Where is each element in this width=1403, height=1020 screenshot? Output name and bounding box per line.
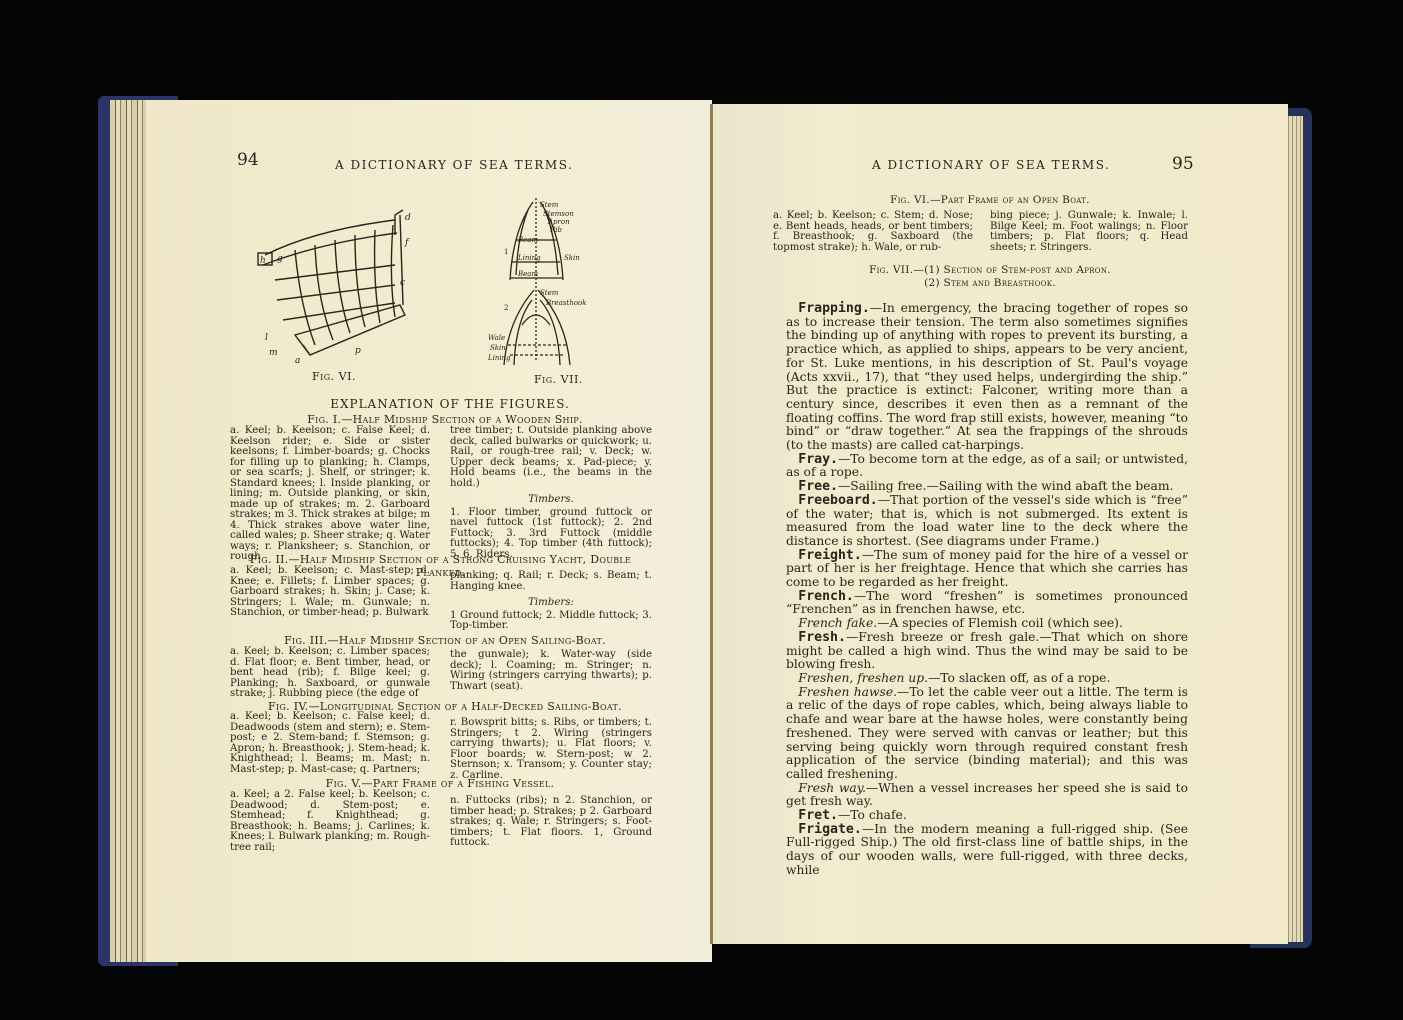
fig-vi-right-col2: bing piece; j. Gunwale; k. Inwale; l. Bi… [990,211,1188,253]
entry-frapping: Frapping.—In emergency, the bracing toge… [786,302,1188,453]
definition: —Sailing free.—Sailing with the wind aba… [838,479,1173,493]
entry-freeboard: Freeboard.—That portion of the vessel's … [786,494,1188,549]
svg-text:f: f [404,238,410,248]
fig-vi-ship-frame-drawing: hgdfclmap [255,205,415,365]
entry-french-fake: French fake.—A species of Flemish coil (… [786,617,1188,631]
svg-text:l: l [265,333,268,343]
definition: —To let the cable veer out a little. The… [786,685,1188,781]
fig-ii-timbers-title: Timbers: [450,598,652,609]
definition: —To become torn at the edge, as of a sai… [786,452,1188,480]
dictionary-entries: Frapping.—In emergency, the bracing toge… [786,302,1188,878]
svg-text:Stem: Stem [540,201,559,209]
svg-text:d: d [405,213,411,223]
fig-iii-col2: the gunwale); k. Water-way (side deck); … [450,650,652,692]
fig-ii-timbers: 1 Ground futtock; 2. Middle futtock; 3. … [450,611,652,632]
svg-text:Beam: Beam [517,270,538,278]
fig-v-col1: a. Keel; a 2. False keel; b. Keelson; c.… [230,790,430,853]
svg-text:Stemson: Stemson [543,210,574,218]
definition: —A species of Flemish coil (which see). [877,616,1123,630]
svg-text:Lining: Lining [517,254,541,262]
page-number-left: 94 [237,150,259,170]
fig-ii-col1: a. Keel; b. Keelson; c. Mast-step; d. Kn… [230,566,430,619]
svg-text:p: p [355,346,361,356]
fig-i-timbers-title: Timbers. [450,495,652,506]
entry-fresh-way: Fresh way.—When a vessel increases her s… [786,782,1188,809]
subentry-headword: Fresh way. [798,781,866,795]
svg-text:m: m [269,348,278,358]
entry-fray: Fray.—To become torn at the edge, as of … [786,453,1188,480]
svg-text:Rib: Rib [549,226,563,234]
fig-vi-right-col1: a. Keel; b. Keelson; c. Stem; d. Nose; e… [773,211,973,253]
fig-i-col1: a. Keel; b. Keelson; c. False Keel; d. K… [230,426,430,563]
fig-iii-col1: a. Keel; b. Keelson; c. Limber spaces; d… [230,647,430,700]
entry-free: Free.—Sailing free.—Sailing with the win… [786,480,1188,494]
svg-text:Wale: Wale [488,334,505,342]
entry-freight: Freight.—The sum of money paid for the h… [786,549,1188,590]
fig-ii-col2: planking; q. Rail; r. Deck; s. Beam; t. … [450,571,652,632]
fig-iv-col2: r. Bowsprit bitts; s. Ribs, or timbers; … [450,718,652,781]
fig-vii-caption: Fig. VII. [534,373,583,386]
running-head-left: A DICTIONARY OF SEA TERMS. [335,158,573,172]
svg-text:Apron: Apron [547,218,570,226]
svg-text:Stem: Stem [540,289,559,297]
definition: —To slacken off, as of a rope. [928,671,1110,685]
entry-freshen: Freshen, freshen up.—To slacken off, as … [786,672,1188,686]
svg-text:g: g [277,254,283,264]
fig-vii-right-title-2: (2) Stem and Breasthook. [790,277,1190,289]
fig-i-col2: tree timber; t. Outside planking above d… [450,426,652,560]
svg-text:Skin: Skin [490,344,506,352]
subentry-headword: French fake. [798,616,877,630]
svg-text:a: a [295,356,300,365]
svg-text:Lining: Lining [488,354,511,362]
fig-v-col2: n. Futtocks (ribs); n 2. Stanchion, or t… [450,796,652,849]
running-head-right: A DICTIONARY OF SEA TERMS. [872,158,1110,172]
svg-text:2: 2 [504,304,508,312]
fig-vii-right-title-1: Fig. VII.—(1) Section of Stem-post and A… [790,264,1190,276]
fig-vi-right-title: Fig. VI.—Part Frame of an Open Boat. [790,194,1190,206]
svg-text:1: 1 [504,248,508,256]
svg-text:Breasthook: Breasthook [545,299,586,307]
explanation-title: EXPLANATION OF THE FIGURES. [300,397,600,411]
fig-ii-col2-text: planking; q. Rail; r. Deck; s. Beam; t. … [450,570,652,592]
fig-i-col2-text: tree timber; t. Outside planking above d… [450,425,652,489]
definition: —Fresh breeze or fresh gale.—That which … [786,630,1188,671]
definition: —To chafe. [838,808,907,822]
subentry-headword: Freshen hawse. [798,685,897,699]
subentry-headword: Freshen, freshen up. [798,671,928,685]
page-number-right: 95 [1172,154,1194,174]
svg-text:Skin: Skin [564,254,580,262]
entry-french: French.—The word “freshen” is sometimes … [786,590,1188,617]
svg-text:c: c [400,278,405,288]
entry-freshen-hawse: Freshen hawse.—To let the cable veer out… [786,686,1188,782]
definition: —In emergency, the bracing together of r… [786,301,1188,452]
fig-iv-col1: a. Keel; b. Keelson; c. False keel; d. D… [230,712,430,775]
svg-text:Beam: Beam [517,236,538,244]
fig-vi-caption: Fig. VI. [312,370,356,383]
svg-text:h: h [260,256,266,266]
entry-frigate: Frigate.—In the modern meaning a full-ri… [786,823,1188,878]
entry-fresh: Fresh.—Fresh breeze or fresh gale.—That … [786,631,1188,672]
book-gutter [710,104,713,944]
entry-fret: Fret.—To chafe. [786,809,1188,823]
fig-vii-stem-drawing: StemStemsonApronRib BeamLiningSkinBeam S… [488,190,628,370]
